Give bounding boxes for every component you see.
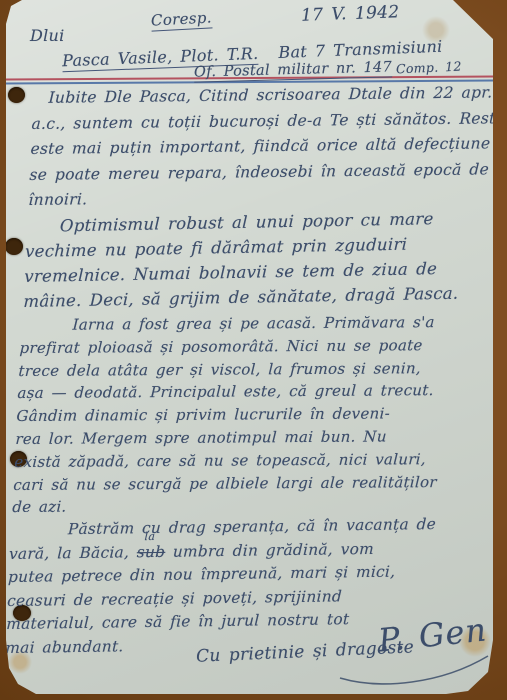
addressee-unit: Bat 7 Transmisiuni — [278, 37, 443, 62]
letter-body: Iubite Dle Pasca, Citind scrisoarea Dtal… — [3, 86, 505, 660]
line-part: vară, la Băcia, — [9, 542, 138, 562]
handwritten-line: rea lor. Mergem spre anotimpul mai bun. … — [15, 424, 488, 450]
photo-of-letter: { "colors": { "table_background": "#7a4a… — [0, 0, 507, 700]
handwritten-line: trece dela atâta ger și viscol, la frumo… — [18, 356, 491, 382]
handwritten-line: Iarna a fost grea și pe acasă. Primăvara… — [20, 310, 493, 336]
correction: lasub — [136, 540, 165, 564]
addressee-postal-text: Of. Postal militar nr. 147 — [194, 59, 392, 82]
letter-date: 17 V. 1942 — [301, 2, 400, 25]
signature-flourish — [336, 648, 496, 688]
punch-hole — [5, 238, 23, 255]
handwritten-line: există zăpadă, care să nu se topească, n… — [14, 447, 487, 473]
corresp-label: Coresp. — [151, 8, 213, 29]
salutation-to: Dlui — [30, 26, 65, 45]
corresp-text: Coresp. — [151, 8, 213, 31]
handwritten-line: așa — deodată. Principalul este, că greu… — [17, 379, 490, 405]
letter-paper: Coresp. 17 V. 1942 Dlui Pasca Vasile, Pl… — [6, 0, 493, 694]
handwritten-line: Gândim dinamic și privim lucrurile în de… — [16, 401, 489, 427]
punch-hole — [8, 87, 25, 103]
handwritten-line: prefirat ploioasă și posomorâtă. Nici nu… — [19, 333, 492, 359]
line-part: umbra din grădină, vom — [165, 539, 374, 560]
paragraph: Iubite Dle Pasca, Citind scrisoarea Dtal… — [28, 80, 505, 213]
paragraph: Optimismul robust al unui popor cu mare … — [23, 204, 499, 313]
handwritten-line: cari să nu se scurgă pe albiele largi al… — [13, 470, 486, 496]
paragraph: Iarna a fost grea și pe acasă. Primăvara… — [12, 310, 493, 518]
struck-word: sub — [137, 542, 166, 560]
inserted-word: la — [144, 530, 155, 541]
addressee-company: Comp. 12 — [396, 59, 462, 77]
